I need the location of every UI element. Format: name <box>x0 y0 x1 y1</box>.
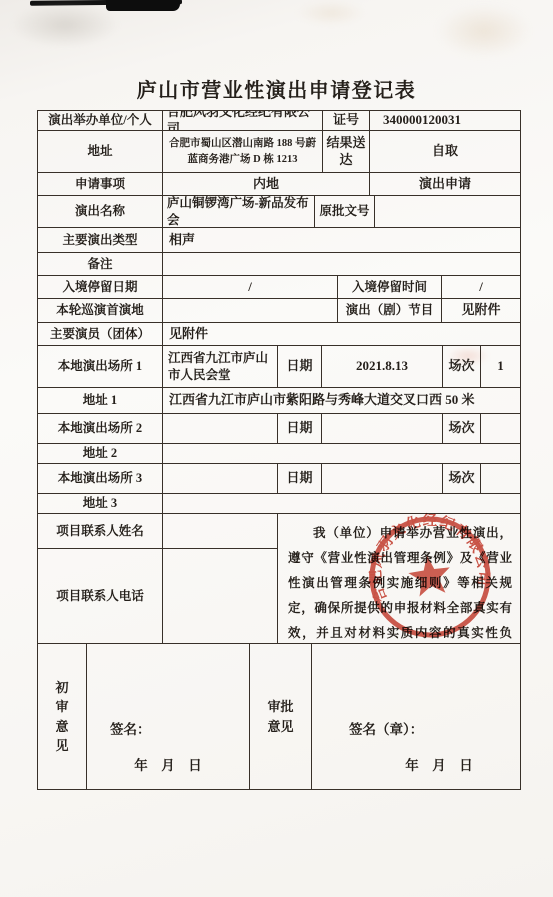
venue2-label: 本地演出场所 2 <box>38 414 163 443</box>
row-remarks: 备注 <box>38 253 520 276</box>
venue1-name: 江西省九江市庐山市人民会堂 <box>163 346 278 387</box>
venue1-label: 本地演出场所 1 <box>38 346 163 387</box>
remarks-label: 备注 <box>38 253 163 275</box>
scan-edge-artifact <box>30 0 182 6</box>
organizer-label: 演出举办单位/个人 <box>38 111 163 130</box>
address-label: 地址 <box>38 131 163 172</box>
entry-time-value: / <box>442 276 520 298</box>
venue3-name <box>163 464 278 493</box>
venue3-count <box>481 464 520 493</box>
row-contact-name: 项目联系人姓名 <box>38 514 277 549</box>
declaration-text: 我（单位）申请举办营业性演出，遵守《营业性演出管理条例》及《营业性演出管理条例实… <box>278 514 520 643</box>
orig-doc-label: 原批文号 <box>315 196 375 227</box>
row-entry-stay: 入境停留日期 / 入境停留时间 / <box>38 276 520 299</box>
performers-value: 见附件 <box>163 323 520 345</box>
date-line: 年 月 日 <box>90 757 246 775</box>
orig-doc-value <box>375 196 520 227</box>
row-venue-2: 本地演出场所 2 日期 场次 <box>38 414 520 444</box>
address-value: 合肥市蜀山区潜山南路 188 号蔚蓝商务港广场 D 栋 1213 <box>163 131 323 172</box>
row-performers: 主要演员（团体） 见附件 <box>38 323 520 346</box>
scanned-form-page: 庐山市营业性演出申请登记表 演出举办单位/个人 合肥风羽文化经纪有限公司 证号 … <box>0 0 553 897</box>
date-line: 年 月 日 <box>315 757 517 775</box>
venue1-count-label: 场次 <box>443 346 481 387</box>
show-name-label: 演出名称 <box>38 196 163 227</box>
row-venue-2-address: 地址 2 <box>38 444 520 464</box>
contact-name-label: 项目联系人姓名 <box>38 514 163 548</box>
row-show-name: 演出名称 庐山铜锣湾广场-新品发布会 原批文号 <box>38 196 520 228</box>
apply-item-label: 申请事项 <box>38 173 163 195</box>
contact-phone-label: 项目联系人电话 <box>38 549 163 644</box>
venue2-count-label: 场次 <box>443 414 481 443</box>
organizer-value: 合肥风羽文化经纪有限公司 <box>163 111 323 130</box>
row-review-approval: 初审意见 签名： 年 月 日 审批意见 签名（章）： 年 月 日 <box>38 644 520 789</box>
row-apply-item: 申请事项 内地 演出申请 <box>38 173 520 196</box>
result-delivery-value: 自取 <box>370 131 520 172</box>
initial-review-sign-area: 签名： 年 月 日 <box>87 644 250 789</box>
program-label: 演出（剧）节目 <box>338 299 442 322</box>
scan-edge-artifact <box>106 0 180 11</box>
venue3-addr-label: 地址 3 <box>38 494 163 513</box>
apply-item-type: 演出申请 <box>370 173 520 195</box>
row-address: 地址 合肥市蜀山区潜山南路 188 号蔚蓝商务港广场 D 栋 1213 结果送达… <box>38 131 520 173</box>
venue2-count <box>481 414 520 443</box>
program-value: 见附件 <box>442 299 520 322</box>
contacts-column: 项目联系人姓名 项目联系人电话 <box>38 514 278 643</box>
tour-premiere-label: 本轮巡演首演地 <box>38 299 163 322</box>
venue2-addr-label: 地址 2 <box>38 444 163 463</box>
row-venue-3-address: 地址 3 <box>38 494 520 514</box>
venue2-addr <box>163 444 520 463</box>
venue3-count-label: 场次 <box>443 464 481 493</box>
tour-premiere-value <box>163 299 338 322</box>
scan-smudge <box>296 0 366 26</box>
cert-label: 证号 <box>323 111 370 130</box>
row-tour-premiere: 本轮巡演首演地 演出（剧）节目 见附件 <box>38 299 520 323</box>
row-organizer: 演出举办单位/个人 合肥风羽文化经纪有限公司 证号 340000120031 <box>38 111 520 131</box>
form-title: 庐山市营业性演出申请登记表 <box>0 74 553 103</box>
registration-table: 演出举办单位/个人 合肥风羽文化经纪有限公司 证号 340000120031 地… <box>37 110 521 790</box>
initial-review-label: 初审意见 <box>38 644 87 789</box>
scan-smudge <box>436 4 532 58</box>
venue2-date <box>322 414 443 443</box>
venue3-addr <box>163 494 520 513</box>
approval-sign-area: 签名（章）： 年 月 日 <box>312 644 520 789</box>
venue1-addr: 江西省九江市庐山市紫阳路与秀峰大道交叉口西 50 米 <box>163 388 520 413</box>
entry-date-label: 入境停留日期 <box>38 276 163 298</box>
show-name-value: 庐山铜锣湾广场-新品发布会 <box>163 196 315 227</box>
cert-value: 340000120031 <box>370 111 520 130</box>
apply-item-value: 内地 <box>163 173 370 195</box>
performers-label: 主要演员（团体） <box>38 323 163 345</box>
row-venue-1-address: 地址 1 江西省九江市庐山市紫阳路与秀峰大道交叉口西 50 米 <box>38 388 520 414</box>
entry-date-value: / <box>163 276 338 298</box>
venue2-name <box>163 414 278 443</box>
approval-label: 审批意见 <box>250 644 312 789</box>
scan-smudge <box>10 2 120 48</box>
show-type-value: 相声 <box>163 228 520 252</box>
contact-phone-value <box>163 549 278 644</box>
venue1-count: 1 <box>481 346 520 387</box>
result-delivery-label: 结果送达 <box>323 131 370 172</box>
row-contacts-declaration: 项目联系人姓名 项目联系人电话 我（单位）申请举办营业性演出，遵守《营业性演出管… <box>38 514 520 644</box>
sign-label: 签名： <box>90 721 246 739</box>
row-show-type: 主要演出类型 相声 <box>38 228 520 253</box>
show-type-label: 主要演出类型 <box>38 228 163 252</box>
row-venue-3: 本地演出场所 3 日期 场次 <box>38 464 520 494</box>
contact-name-value <box>163 514 278 548</box>
venue1-date: 2021.8.13 <box>322 346 443 387</box>
row-venue-1: 本地演出场所 1 江西省九江市庐山市人民会堂 日期 2021.8.13 场次 1 <box>38 346 520 388</box>
venue1-addr-label: 地址 1 <box>38 388 163 413</box>
entry-time-label: 入境停留时间 <box>338 276 442 298</box>
venue3-date <box>322 464 443 493</box>
venue3-date-label: 日期 <box>278 464 322 493</box>
venue2-date-label: 日期 <box>278 414 322 443</box>
venue1-date-label: 日期 <box>278 346 322 387</box>
sign-seal-label: 签名（章）： <box>315 721 517 739</box>
row-contact-phone: 项目联系人电话 <box>38 549 277 644</box>
venue3-label: 本地演出场所 3 <box>38 464 163 493</box>
remarks-value <box>163 253 520 275</box>
